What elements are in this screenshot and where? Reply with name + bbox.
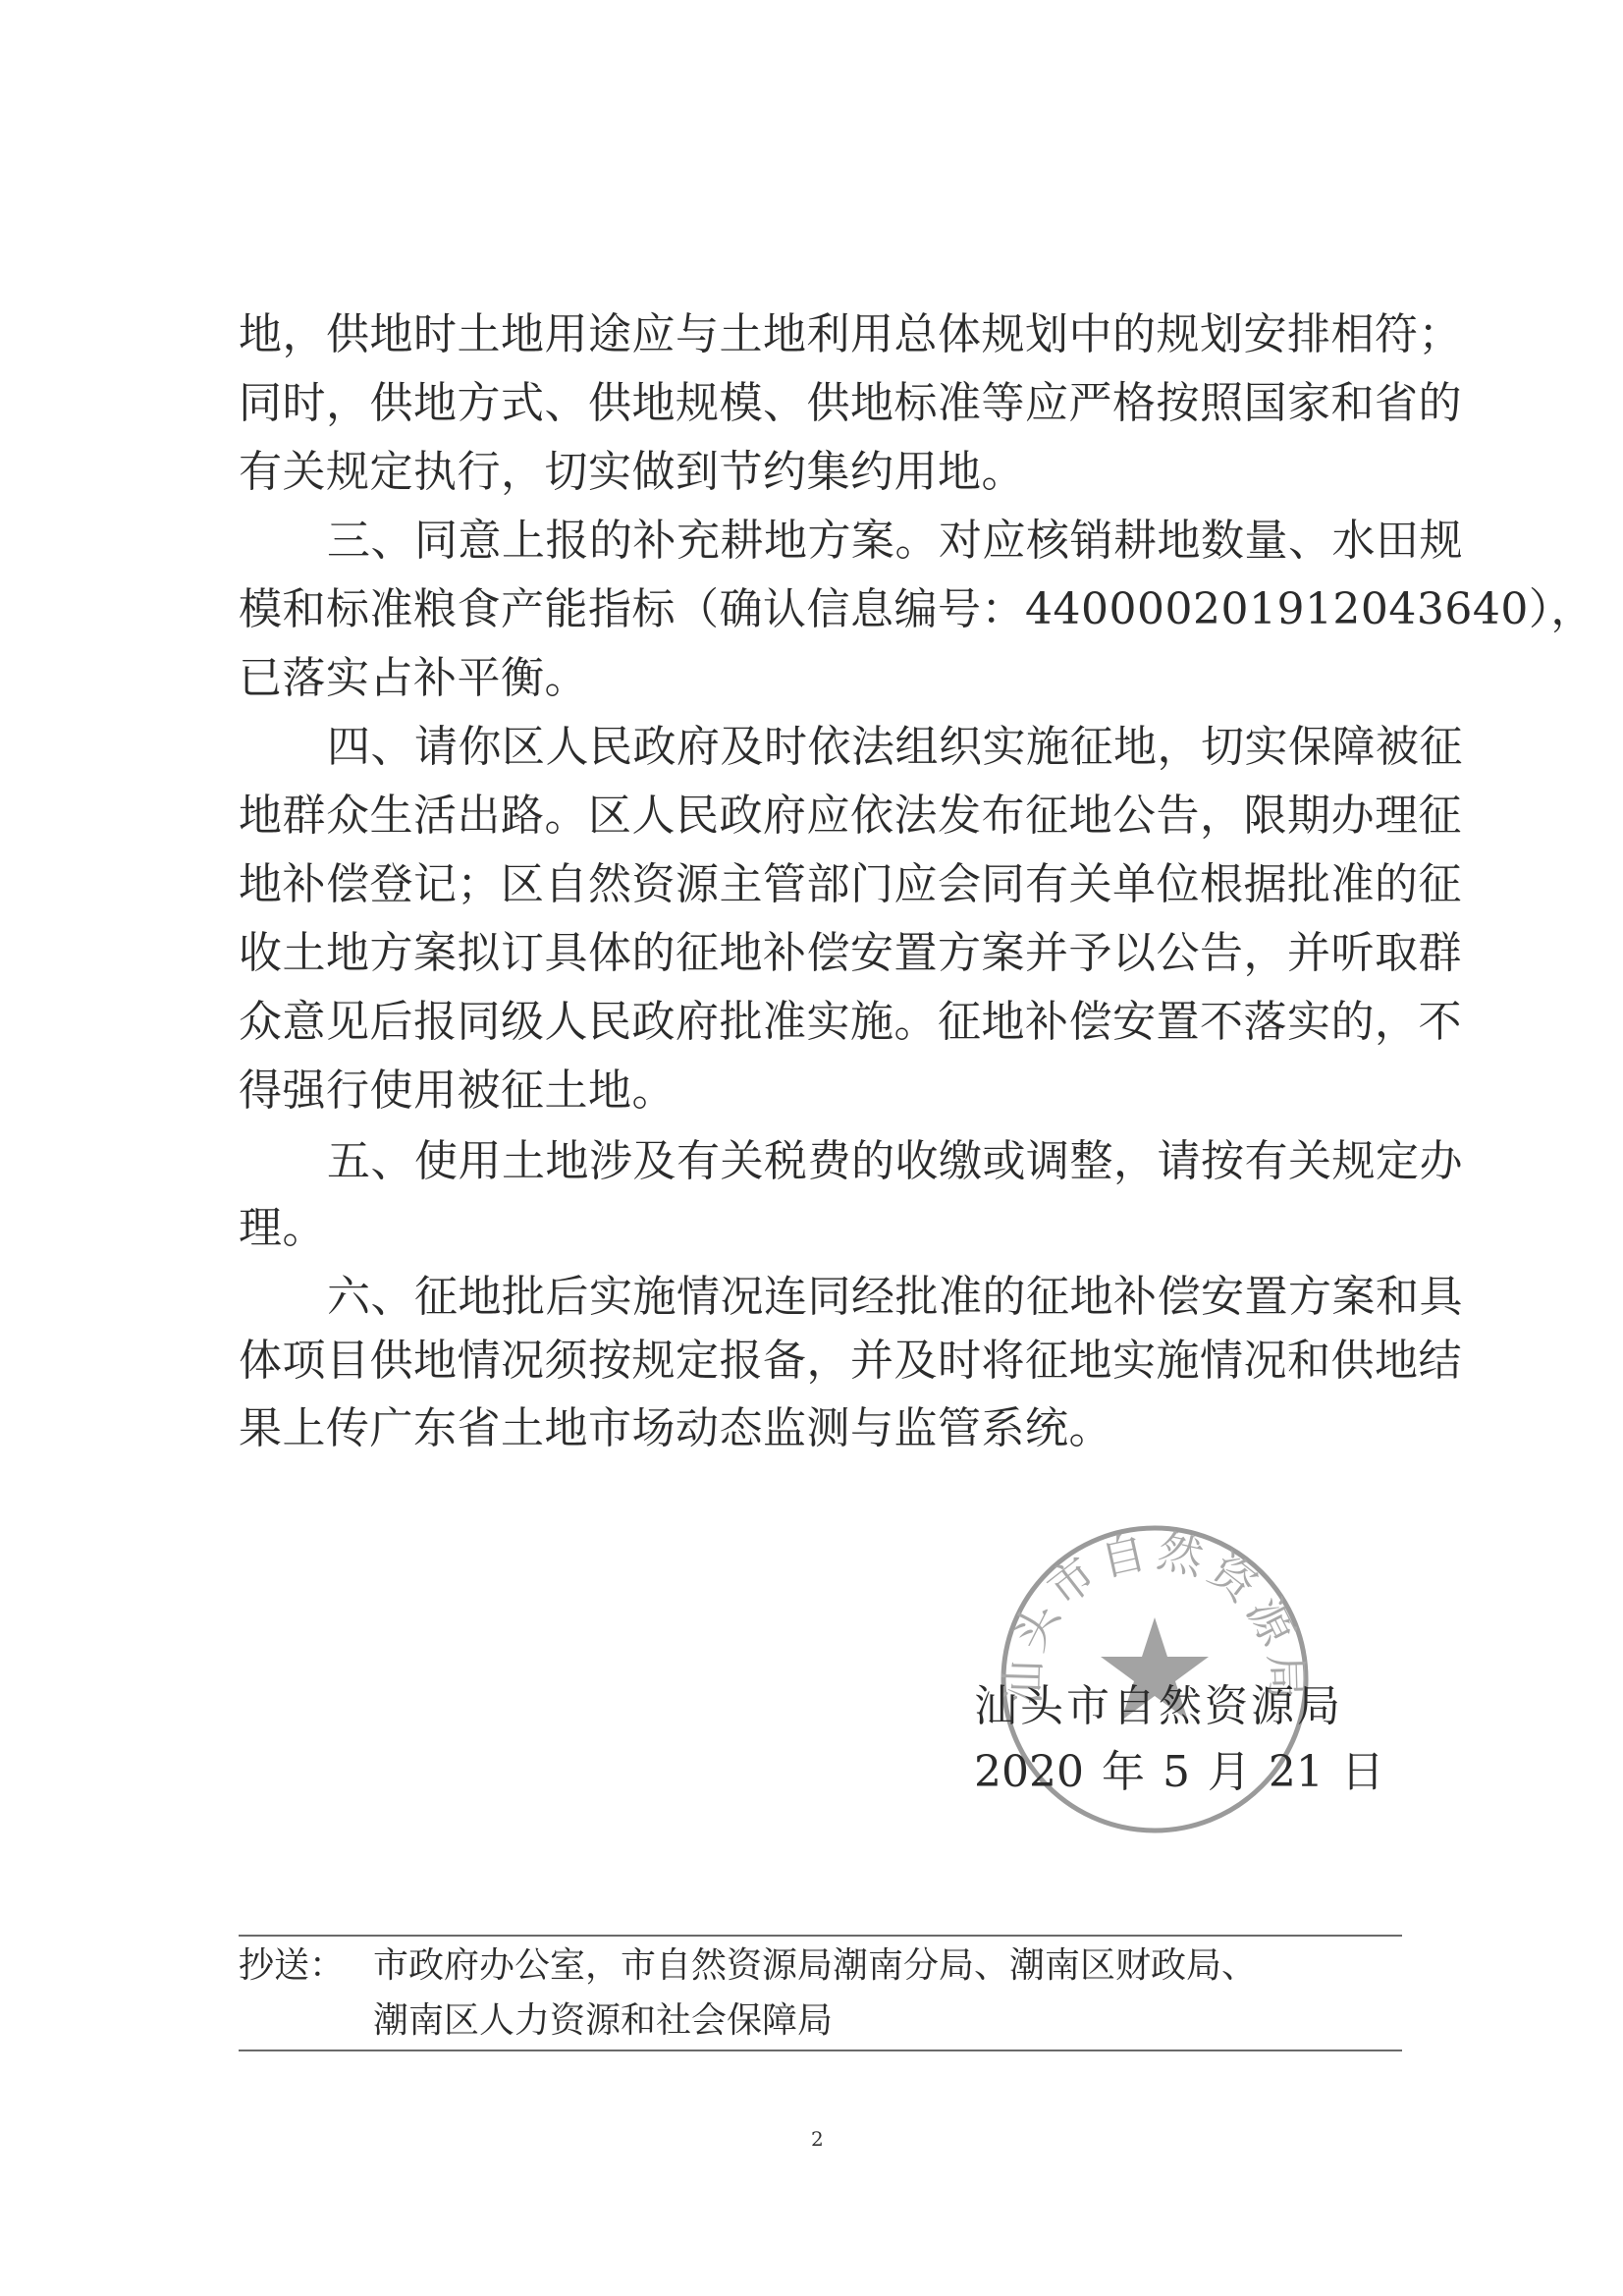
section-6-heading-line: 六、征地批后实施情况连同经批准的征地补偿安置方案和具 <box>327 1263 1463 1332</box>
body-line: 体项目供地情况须按规定报备，并及时将征地实施情况和供地结 <box>239 1327 1462 1395</box>
cc-recipients-1: 市政府办公室，市自然资源局潮南分局、潮南区财政局、 <box>373 1945 1257 1986</box>
body-line: 果上传广东省土地市场动态监测与监管系统。 <box>239 1394 1112 1463</box>
section-5-heading-line: 五、使用土地涉及有关税费的收缴或调整，请按有关规定办 <box>327 1127 1463 1196</box>
body-line: 地补偿登记；区自然资源主管部门应会同有关单位根据批准的征 <box>239 850 1462 919</box>
body-line: 模和标准粮食产能指标（确认信息编号：440000201912043640）， <box>239 575 1595 644</box>
body-line: 得强行使用被征土地。 <box>239 1057 676 1125</box>
cc-top-rule <box>239 1935 1402 1937</box>
body-line: 地，供地时土地用途应与土地利用总体规划中的规划安排相符； <box>239 301 1462 369</box>
body-line: 理。 <box>239 1194 326 1263</box>
body-line: 同时，供地方式、供地规模、供地标准等应严格按照国家和省的 <box>239 369 1462 438</box>
body-line: 地群众生活出路。区人民政府应依法发布征地公告，限期办理征 <box>239 782 1462 850</box>
body-line: 已落实占补平衡。 <box>239 644 588 713</box>
section-4-heading-line: 四、请你区人民政府及时依法组织实施征地，切实保障被征 <box>327 713 1463 782</box>
body-line: 众意见后报同级人民政府批准实施。征地补偿安置不落实的，不 <box>239 988 1462 1057</box>
document-page: 地，供地时土地用途应与土地利用总体规划中的规划安排相符； 同时，供地方式、供地规… <box>0 0 1623 2296</box>
body-line: 有关规定执行，切实做到节约集约用地。 <box>239 438 1025 507</box>
issue-date: 2020 年 5 月 21 日 <box>974 1743 1384 1802</box>
page-number: 2 <box>811 2127 824 2151</box>
section-3-heading-line: 三、同意上报的补充耕地方案。对应核销耕地数量、水田规 <box>327 507 1463 575</box>
issuer-signature: 汕头市自然资源局 <box>974 1677 1343 1736</box>
cc-line-1: 抄送：市政府办公室，市自然资源局潮南分局、潮南区财政局、 <box>239 1939 1257 1994</box>
cc-recipients-2: 潮南区人力资源和社会保障局 <box>373 1994 833 2049</box>
cc-bottom-rule <box>239 2050 1402 2051</box>
body-line: 收土地方案拟订具体的征地补偿安置方案并予以公告，并听取群 <box>239 919 1462 988</box>
cc-label: 抄送： <box>239 1939 373 1994</box>
